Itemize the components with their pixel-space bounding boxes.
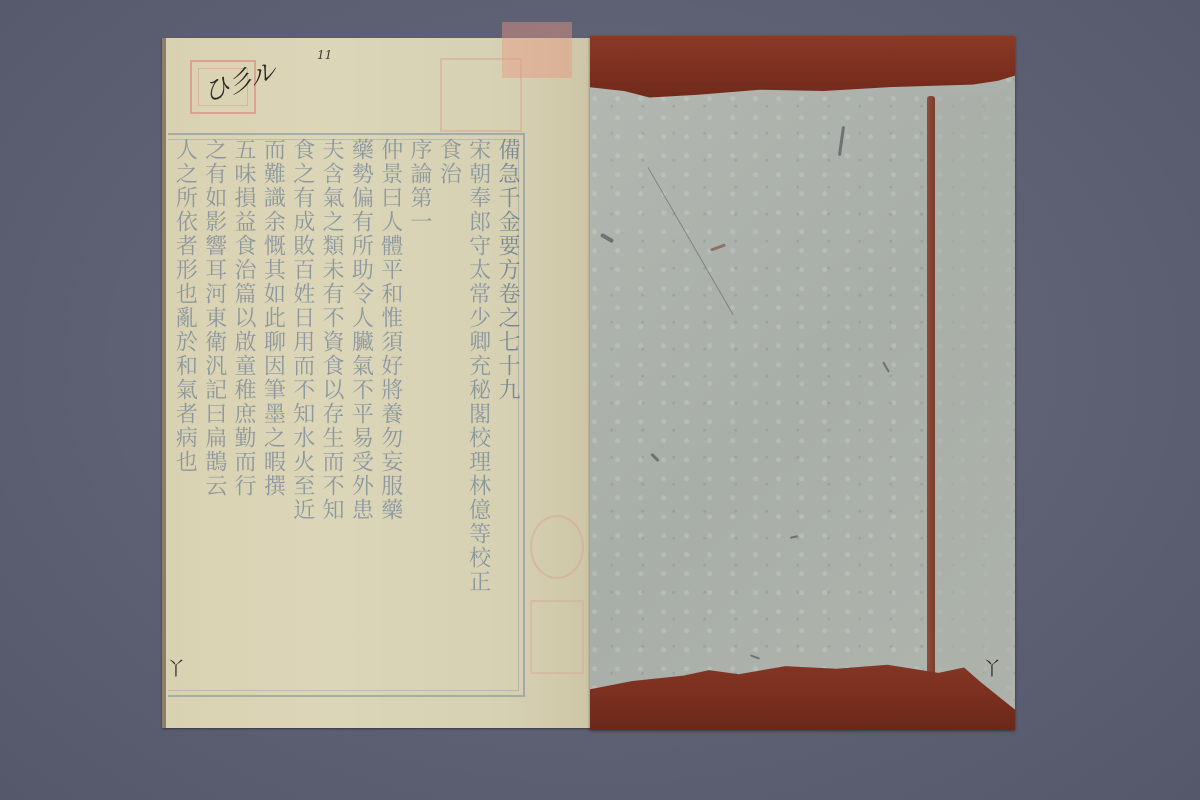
body-column: 而難識余慨其如此聊因筆墨之暇撰 (260, 138, 287, 688)
collector-seal-top-right (502, 22, 572, 78)
body-column: 五味損益食治篇以啟童稚庶勤而行 (231, 138, 258, 688)
body-column: 仲景曰人體平和惟須好將養勿妄服藥 (377, 138, 404, 688)
binding-band-vertical (927, 96, 935, 696)
body-column: 食之有成敗百姓日用而不知水火至近 (289, 138, 316, 688)
collector-seal-lower (530, 600, 584, 674)
body-column: 之有如影響耳河東衛汎記曰扁鵲云 (201, 138, 228, 688)
title-column: 備急千金要方卷之七十九 (495, 138, 522, 688)
cover-flap (935, 91, 1011, 701)
left-page: 備急千金要方卷之七十九 宋朝奉郎守太常少卿充秘閣校理林億等校正 食治 序論第一 … (162, 38, 590, 728)
chapter-column: 食治 (436, 138, 463, 688)
text-columns: 備急千金要方卷之七十九 宋朝奉郎守太常少卿充秘閣校理林億等校正 食治 序論第一 … (172, 138, 522, 688)
body-column: 夫含氣之類未有不資食以存生而不知 (319, 138, 346, 688)
section-column: 序論第一 (407, 138, 434, 688)
right-cover-page (590, 36, 1015, 730)
collector-seal-round-middle (530, 515, 584, 579)
corner-mark-left: 丫 (167, 655, 185, 681)
corner-mark-right: 丫 (983, 655, 1001, 681)
page-number: 11 (317, 48, 332, 62)
body-column: 藥勢偏有所助令人臟氣不平易受外患 (348, 138, 375, 688)
author-column: 宋朝奉郎守太常少卿充秘閣校理林億等校正 (465, 138, 492, 688)
body-column: 人之所依者形也亂於和氣者病也 (172, 138, 199, 688)
